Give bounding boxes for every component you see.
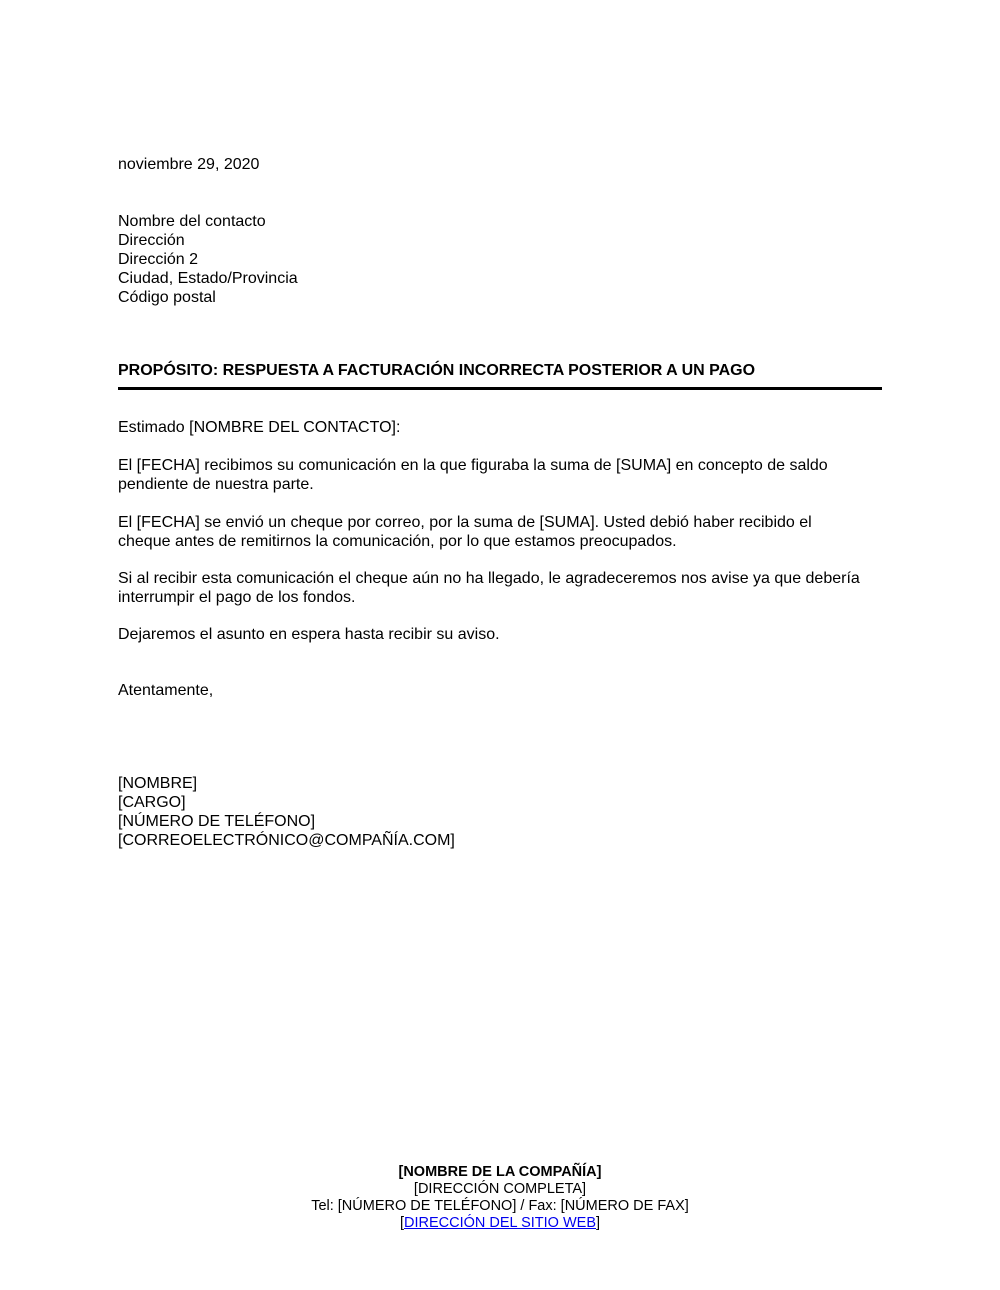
- signature-email: [CORREOELECTRÓNICO@COMPAÑÍA.COM]: [118, 831, 882, 850]
- subject-divider: [118, 387, 882, 390]
- closing-text: Atentamente,: [118, 681, 882, 700]
- letter-page: noviembre 29, 2020 Nombre del contacto D…: [0, 0, 1000, 1290]
- body-paragraph-3: Si al recibir esta comunicación el chequ…: [118, 569, 882, 607]
- signature-block: [NOMBRE] [CARGO] [NÚMERO DE TELÉFONO] [C…: [118, 774, 882, 850]
- subject-text: PROPÓSITO: RESPUESTA A FACTURACIÓN INCOR…: [118, 361, 882, 380]
- signature-name: [NOMBRE]: [118, 774, 882, 793]
- body-paragraph-4: Dejaremos el asunto en espera hasta reci…: [118, 625, 882, 644]
- paragraph-line: interrumpir el pago de los fondos.: [118, 588, 882, 607]
- footer-website: [DIRECCIÓN DEL SITIO WEB]: [0, 1215, 1000, 1232]
- website-link[interactable]: DIRECCIÓN DEL SITIO WEB: [404, 1215, 596, 1231]
- paragraph-line: El [FECHA] se envió un cheque por correo…: [118, 513, 882, 532]
- date-text: noviembre 29, 2020: [118, 155, 882, 174]
- recipient-name: Nombre del contacto: [118, 212, 882, 231]
- footer-address: [DIRECCIÓN COMPLETA]: [0, 1181, 1000, 1198]
- recipient-address: Nombre del contacto Dirección Dirección …: [118, 212, 882, 307]
- recipient-postal-code: Código postal: [118, 288, 882, 307]
- body-paragraph-2: El [FECHA] se envió un cheque por correo…: [118, 513, 882, 551]
- company-footer: [NOMBRE DE LA COMPAÑÍA] [DIRECCIÓN COMPL…: [0, 1164, 1000, 1232]
- recipient-address-line-2: Dirección 2: [118, 250, 882, 269]
- salutation: Estimado [NOMBRE DEL CONTACTO]:: [118, 418, 882, 437]
- subject-heading: PROPÓSITO: RESPUESTA A FACTURACIÓN INCOR…: [118, 361, 882, 380]
- website-bracket-close: ]: [596, 1215, 600, 1231]
- footer-contact: Tel: [NÚMERO DE TELÉFONO] / Fax: [NÚMERO…: [0, 1198, 1000, 1215]
- salutation-text: Estimado [NOMBRE DEL CONTACTO]:: [118, 418, 882, 437]
- letter-date: noviembre 29, 2020: [118, 155, 882, 174]
- recipient-city-state: Ciudad, Estado/Provincia: [118, 269, 882, 288]
- paragraph-line: cheque antes de remitirnos la comunicaci…: [118, 532, 882, 551]
- closing: Atentamente,: [118, 681, 882, 700]
- signature-title: [CARGO]: [118, 793, 882, 812]
- recipient-address-line-1: Dirección: [118, 231, 882, 250]
- signature-phone: [NÚMERO DE TELÉFONO]: [118, 812, 882, 831]
- paragraph-line: pendiente de nuestra parte.: [118, 475, 882, 494]
- body-paragraph-1: El [FECHA] recibimos su comunicación en …: [118, 456, 882, 494]
- footer-company-name: [NOMBRE DE LA COMPAÑÍA]: [0, 1164, 1000, 1181]
- paragraph-line: Dejaremos el asunto en espera hasta reci…: [118, 625, 882, 644]
- paragraph-line: Si al recibir esta comunicación el chequ…: [118, 569, 882, 588]
- paragraph-line: El [FECHA] recibimos su comunicación en …: [118, 456, 882, 475]
